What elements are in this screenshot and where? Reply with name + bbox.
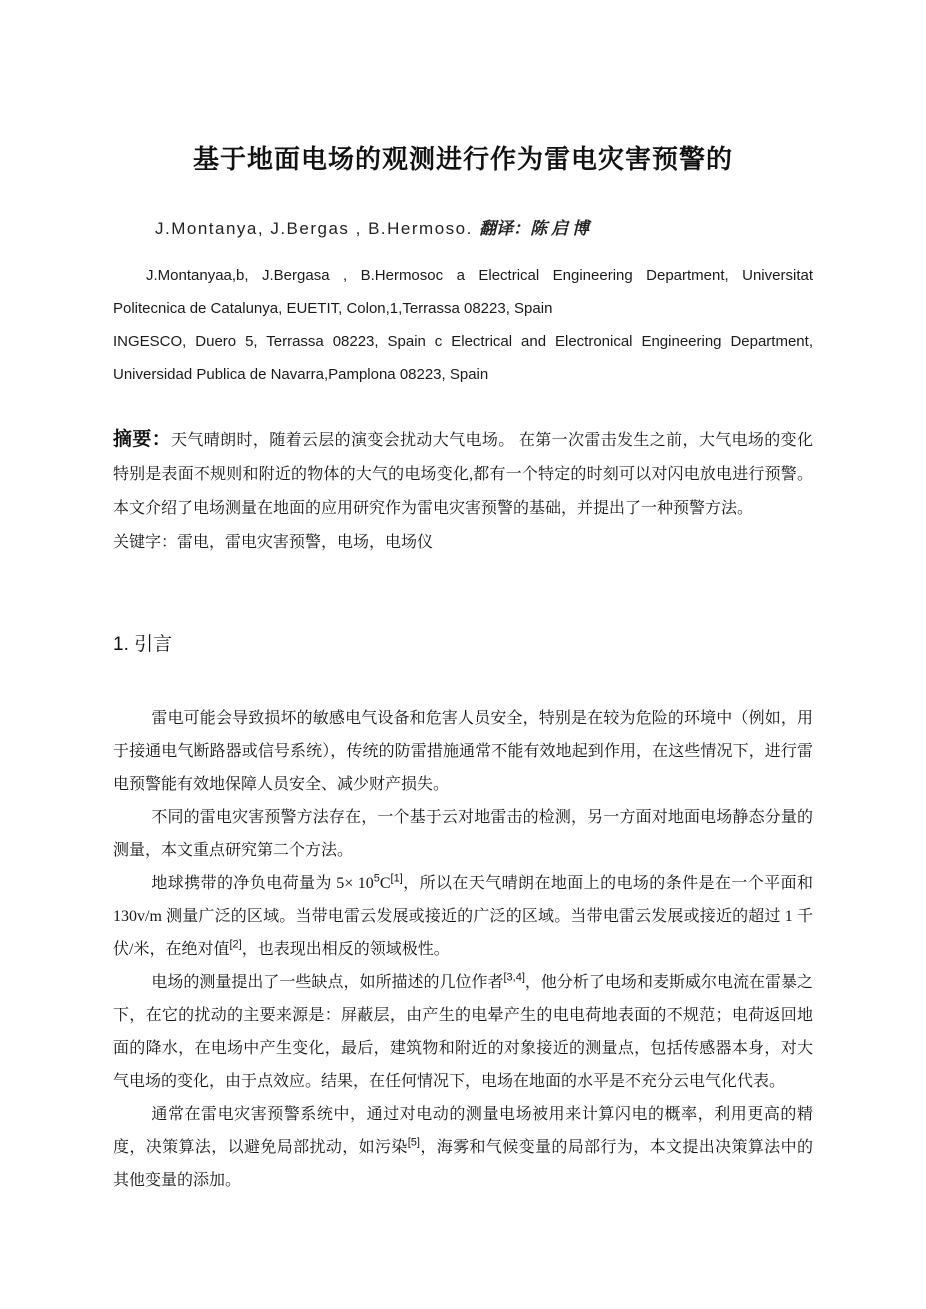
- keywords-label: 关键字：: [113, 534, 177, 551]
- translator-label: 翻译：: [479, 219, 530, 238]
- section-heading-introduction: 1. 引言: [113, 632, 813, 658]
- paragraph: 雷电可能会导致损坏的敏感电气设备和危害人员安全，特别是在较为危险的环境中（例如，…: [113, 702, 813, 801]
- abstract-block: 摘要：天气晴朗时，随着云层的演变会扰动大气电场。 在第一次雷击发生之前，大气电场…: [113, 423, 813, 560]
- keywords-line: 关键字：雷电，雷电灾害预警，电场，电场仪: [113, 526, 813, 560]
- paragraph: 地球携带的净负电荷量为 5× 105C[1]，所以在天气晴朗在地面上的电场的条件…: [113, 867, 813, 966]
- abstract-label: 摘要：: [113, 429, 171, 450]
- paper-title: 基于地面电场的观测进行作为雷电灾害预警的: [113, 143, 813, 175]
- citation-superscript: [1]: [391, 873, 403, 885]
- introduction-body: 雷电可能会导致损坏的敏感电气设备和危害人员安全，特别是在较为危险的环境中（例如，…: [113, 702, 813, 1197]
- paragraph: 电场的测量提出了一些缺点，如所描述的几位作者[3,4]，他分析了电场和麦斯威尔电…: [113, 966, 813, 1098]
- keywords-text: 雷电，雷电灾害预警，电场，电场仪: [177, 534, 433, 551]
- paragraph-text: C: [380, 875, 391, 892]
- citation-superscript: [3,4]: [504, 972, 525, 984]
- document-page: 基于地面电场的观测进行作为雷电灾害预警的 J.Montanya, J.Berga…: [0, 0, 926, 1309]
- citation-superscript: [5]: [408, 1137, 420, 1149]
- paragraph-text: 地球携带的净负电荷量为 5× 10: [151, 875, 373, 892]
- affiliation-line-1: J.Montanyaa,b, J.Bergasa , B.Hermosoc a …: [113, 259, 813, 325]
- translator-name: 陈启博: [530, 219, 593, 238]
- authors-line: J.Montanya, J.Bergas , B.Hermoso. 翻译：陈启博: [113, 217, 813, 241]
- citation-superscript: [2]: [229, 939, 241, 951]
- abstract-text: 天气晴朗时，随着云层的演变会扰动大气电场。 在第一次雷击发生之前，大气电场的变化…: [113, 432, 813, 517]
- abstract-paragraph: 摘要：天气晴朗时，随着云层的演变会扰动大气电场。 在第一次雷击发生之前，大气电场…: [113, 423, 813, 526]
- author-names: J.Montanya, J.Bergas , B.Hermoso.: [155, 219, 479, 238]
- paragraph-text: ，也表现出相反的领域极性。: [242, 941, 450, 958]
- paragraph-text: 雷电可能会导致损坏的敏感电气设备和危害人员安全，特别是在较为危险的环境中（例如，…: [113, 710, 813, 793]
- paragraph: 通常在雷电灾害预警系统中，通过对电动的测量电场被用来计算闪电的概率，利用更高的精…: [113, 1098, 813, 1197]
- paragraph-text: 不同的雷电灾害预警方法存在，一个基于云对地雷击的检测，另一方面对地面电场静态分量…: [113, 809, 813, 859]
- affiliation-block: J.Montanyaa,b, J.Bergasa , B.Hermosoc a …: [113, 259, 813, 391]
- paragraph-text: 电场的测量提出了一些缺点，如所描述的几位作者: [151, 974, 503, 991]
- paragraph-text: ，他分析了电场和麦斯威尔电流在雷暴之下，在它的扰动的主要来源是：屏蔽层，由产生的…: [113, 974, 813, 1090]
- affiliation-line-2: INGESCO, Duero 5, Terrassa 08223, Spain …: [113, 325, 813, 391]
- paragraph: 不同的雷电灾害预警方法存在，一个基于云对地雷击的检测，另一方面对地面电场静态分量…: [113, 801, 813, 867]
